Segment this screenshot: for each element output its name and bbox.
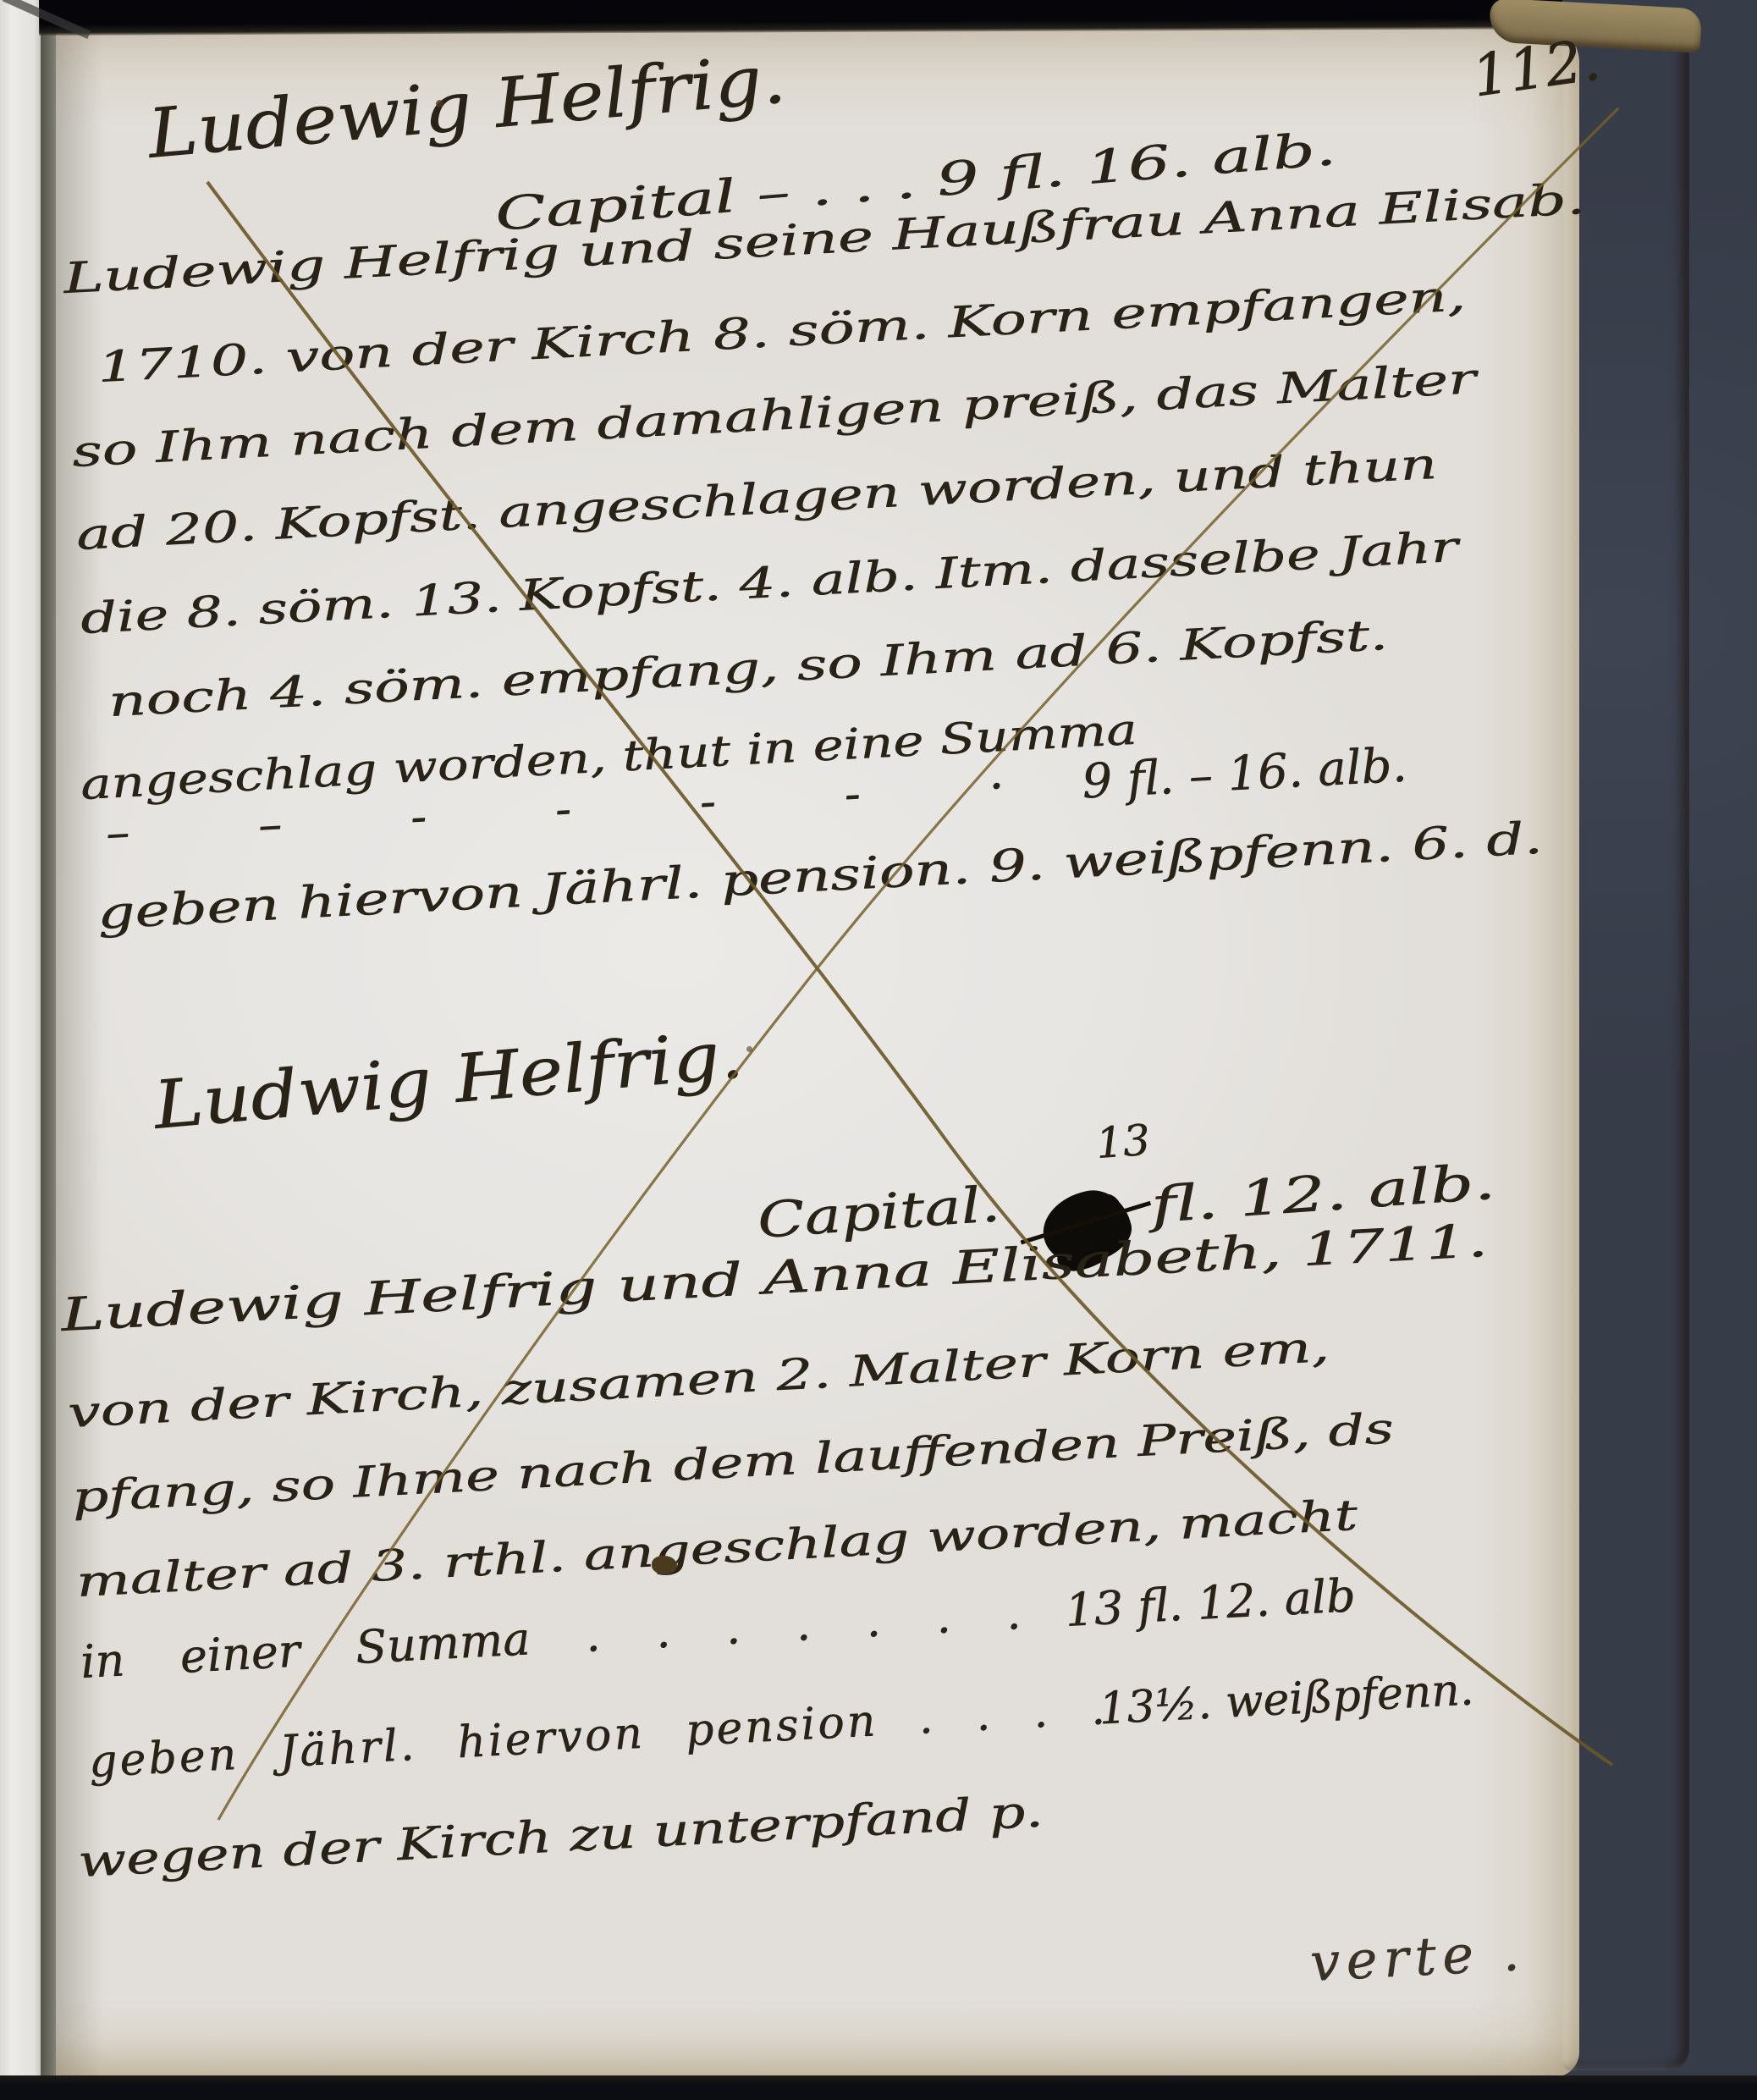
ink-speck — [436, 100, 443, 107]
ink-speck — [746, 1046, 752, 1052]
ink-speck — [652, 1556, 677, 1574]
crossout-lines — [0, 0, 1757, 2100]
crossout-stroke-ascending — [218, 108, 1618, 1820]
crossout-stroke-descending — [207, 182, 1612, 1765]
manuscript-photo: 112. Ludewig Helfrig. Capital – . . . 9 … — [0, 0, 1757, 2100]
